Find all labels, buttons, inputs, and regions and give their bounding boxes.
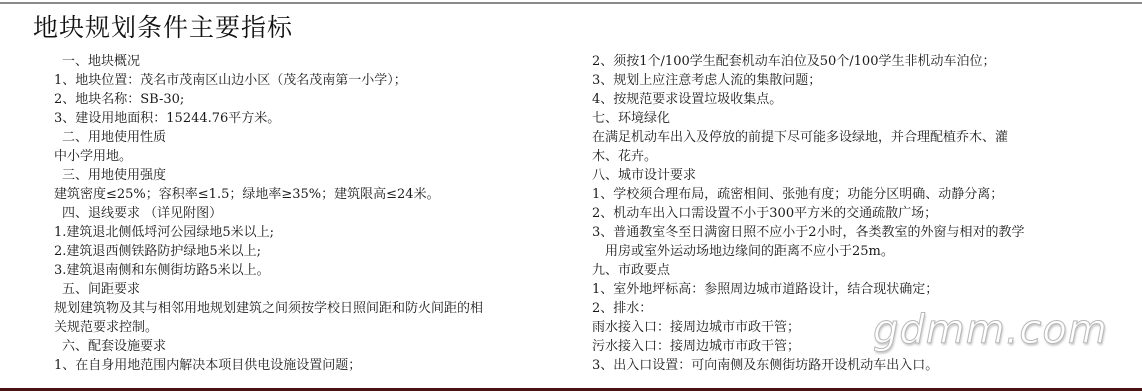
list-item-land-use: 中小学用地。 xyxy=(54,147,582,166)
list-item-setback-west: 2.建筑退西侧铁路防护绿地5米以上; xyxy=(54,242,582,261)
section-heading-urban-design: 八、城市设计要求 xyxy=(592,166,1112,185)
list-item-spacing-1: 规划建筑物及其与相邻用地规划建筑之间须按学校日照间距和防火间距的相 xyxy=(54,299,582,318)
section-heading-spacing: 五、间距要求 xyxy=(62,280,582,299)
watermark-logo: gdmm.com xyxy=(873,307,1108,353)
top-divider xyxy=(0,2,1142,4)
page-title: 地块规划条件主要指标 xyxy=(33,12,293,44)
list-item-spacing-2: 关规范要求控制。 xyxy=(54,318,582,337)
list-item-design-1: 1、学校须合理布局，疏密相间、张弛有度；功能分区明确、动静分离； xyxy=(592,185,1112,204)
list-item-greening-1: 在满足机动车出入及停放的前提下尽可能多设绿地，并合理配植乔木、灌 xyxy=(592,128,1112,147)
list-item-design-3: 3、普通教室冬至日满窗日照不应小于2小时，各类教室的外窗与相对的教学 xyxy=(592,223,1112,242)
list-item-design-3-continued: 用房或室外运动场地边缘间的距离不应小于25m。 xyxy=(592,242,1112,261)
list-item-area: 3、建设用地面积：15244.76平方米。 xyxy=(54,109,582,128)
section-heading-setback: 四、退线要求 （详见附图） xyxy=(62,204,582,223)
list-item-setback-north: 1.建筑退北侧低埒河公园绿地5米以上; xyxy=(54,223,582,242)
list-item-setback-south-east: 3.建筑退南侧和东侧街坊路5米以上。 xyxy=(54,261,582,280)
list-item-design-2: 2、机动车出入口需设置不小于300平方米的交通疏散广场； xyxy=(592,204,1112,223)
list-item-municipal-1: 1、室外地坪标高：参照周边城市道路设计，结合现状确定； xyxy=(592,280,1112,299)
section-heading-municipal: 九、市政要点 xyxy=(592,261,1112,280)
list-item-facility-2: 2、须按1个/100学生配套机动车泊位及50个/100学生非机动车泊位； xyxy=(592,52,1112,71)
section-heading-overview: 一、地块概况 xyxy=(62,52,582,71)
list-item-intensity: 建筑密度≤25%；容积率≤1.5；绿地率≥35%；建筑限高≤24米。 xyxy=(54,185,582,204)
list-item-facility-4: 4、按规范要求设置垃圾收集点。 xyxy=(592,90,1112,109)
list-item-name: 2、地块名称：SB-30; xyxy=(54,90,582,109)
section-heading-intensity: 三、用地使用强度 xyxy=(62,166,582,185)
list-item-facility-3: 3、规划上应注意考虑人流的集散问题； xyxy=(592,71,1112,90)
section-heading-land-use: 二、用地使用性质 xyxy=(62,128,582,147)
list-item-facility-1: 1、在自身用地范围内解决本项目供电设施设置问题； xyxy=(54,356,582,375)
section-heading-greening: 七、环境绿化 xyxy=(592,109,1112,128)
list-item-location: 1、地块位置：茂名市茂南区山边小区（茂名茂南第一小学）； xyxy=(54,71,582,90)
list-item-greening-2: 木、花卉。 xyxy=(592,147,1112,166)
left-column: 一、地块概况 1、地块位置：茂名市茂南区山边小区（茂名茂南第一小学）； 2、地块… xyxy=(62,52,582,375)
section-heading-facilities: 六、配套设施要求 xyxy=(62,337,582,356)
list-item-municipal-3: 3、出入口设置：可向南侧及东侧街坊路开设机动车出入口。 xyxy=(592,356,1112,375)
